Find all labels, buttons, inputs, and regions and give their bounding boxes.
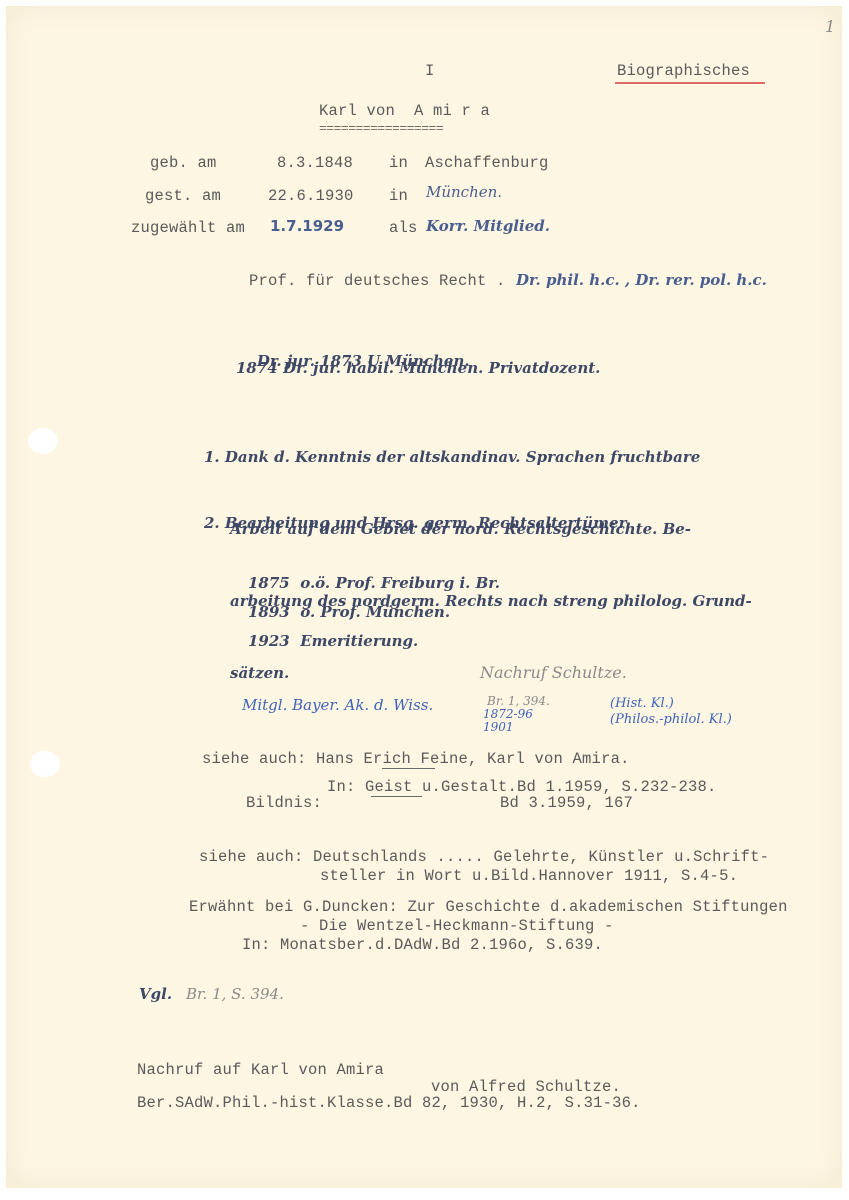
punch-hole-top [28,428,58,454]
elected-label: zugewählt am [131,219,245,237]
habilitation-note: 1874 Dr. jur. habil. München. Privatdoze… [236,359,600,377]
appointment-item: 1923 Emeritierung. [248,632,418,650]
died-date: 22.6.1930 [268,187,354,205]
academy-membership: Mitgl. Bayer. Ak. d. Wiss. [242,696,433,714]
vgl-reference: Br. 1, S. 394. [186,985,284,1003]
page-number: 1 [825,18,835,36]
died-prep: in [389,187,408,205]
pencil-obituary-note: Nachruf Schultze. [480,664,627,682]
research-note-2: 2. Bearbeitung und Hrsg. germ. Rechtsalt… [204,514,630,532]
person-name-title: Karl von A mi r a [319,102,490,120]
elected-prep: als [389,219,418,237]
ref-feine-portrait-label: Bildnis: [246,794,322,812]
born-place: Aschaffenburg [425,154,549,172]
ref-feine-portrait: Bd 3.1959, 167 [500,794,633,812]
research-note-1: 1. Dank d. Kenntnis der altskandinav. Sp… [204,397,752,733]
ref-feine-line1: siehe auch: Hans Erich Feine, Karl von A… [202,750,630,768]
vgl-prefix: Vgl. [139,985,172,1003]
died-place-handwritten: München. [426,183,502,201]
position-typed: Prof. für deutsches Recht . [249,272,506,290]
title-double-underline: ================= [319,124,443,134]
born-label: geb. am [150,154,217,172]
academy-class-2: (Philos.-philol. Kl.) [610,711,732,729]
ref-duncken-line1: Erwähnt bei G.Duncken: Zur Geschichte d.… [189,898,788,916]
punch-hole-bottom [30,751,60,777]
membership-years-2: 1901 [483,718,514,736]
document-page: 1 I Biographisches Karl von A mi r a ===… [6,6,842,1188]
section-marker: I [425,62,435,80]
ref-deutschlands-line1: siehe auch: Deutschlands ..... Gelehrte,… [199,848,769,866]
geist-underline [371,796,422,797]
obituary-title: Nachruf auf Karl von Amira [137,1061,384,1079]
honorary-degrees-handwritten: Dr. phil. h.c. , Dr. rer. pol. h.c. [516,271,767,289]
appointment-item: 1893 o. Prof. München. [248,603,450,621]
died-label: gest. am [145,187,221,205]
category-label: Biographisches [617,62,750,80]
appointment-item: 1875 o.ö. Prof. Freiburg i. Br. [248,574,500,592]
feine-underline [382,768,435,769]
born-prep: in [389,154,408,172]
ref-deutschlands-line2: steller in Wort u.Bild.Hannover 1911, S.… [320,867,738,885]
born-date: 8.3.1848 [277,154,353,172]
obituary-citation: Ber.SAdW.Phil.-hist.Klasse.Bd 82, 1930, … [137,1094,641,1112]
elected-status-handwritten: Korr. Mitglied. [426,217,550,235]
ref-duncken-line2: - Die Wentzel-Heckmann-Stiftung - [300,917,614,935]
ref-duncken-line3: In: Monatsber.d.DAdW.Bd 2.196o, S.639. [242,936,603,954]
category-underline [615,82,765,84]
elected-date-handwritten: 1.7.1929 [270,217,344,235]
